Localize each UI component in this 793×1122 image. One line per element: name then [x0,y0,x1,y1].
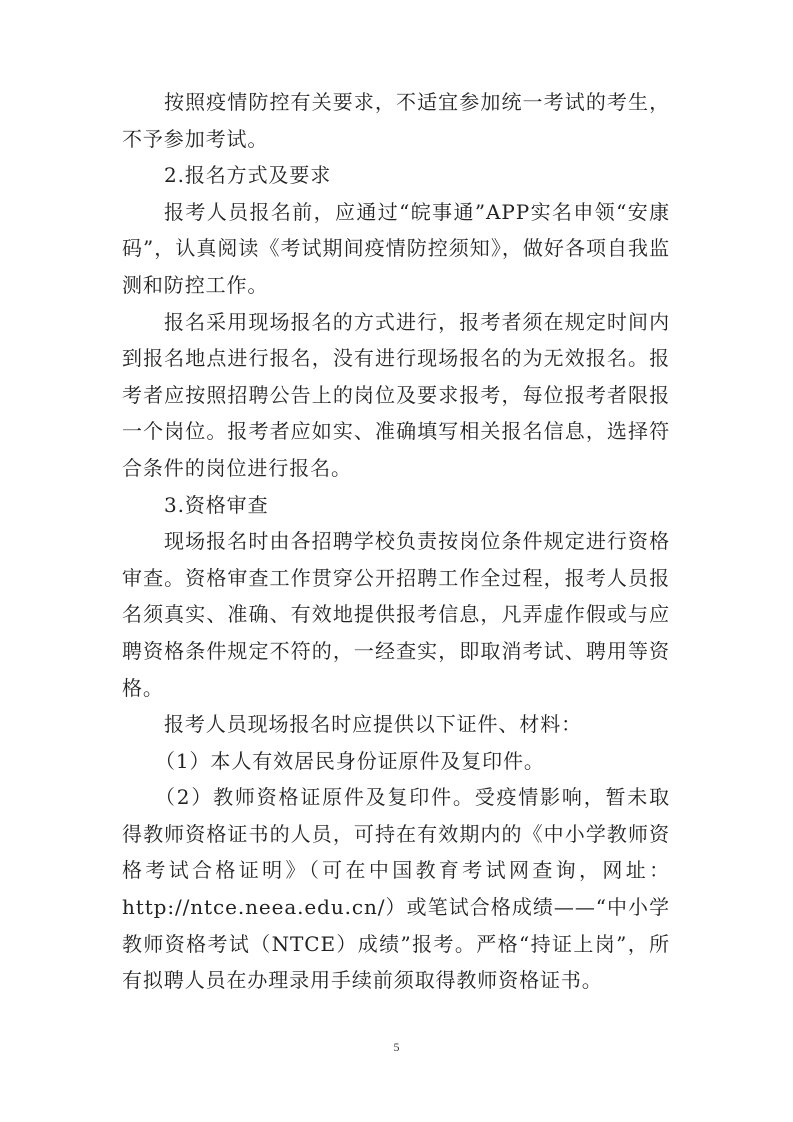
document-page: 按照疫情防控有关要求，不适宜参加统一考试的考生，不予参加考试。 2.报名方式及要… [122,84,670,999]
heading-qualification-review: 3.资格审查 [122,487,670,524]
paragraph-epidemic-requirement: 按照疫情防控有关要求，不适宜参加统一考试的考生，不予参加考试。 [122,84,670,157]
list-item-teacher-certificate: （2）教师资格证原件及复印件。受疫情影响，暂未取得教师资格证书的人员，可持在有效… [122,779,670,999]
paragraph-required-materials: 报考人员现场报名时应提供以下证件、材料： [122,706,670,743]
paragraph-onsite-registration: 报名采用现场报名的方式进行，报考者须在规定时间内到报名地点进行报名，没有进行现场… [122,304,670,487]
heading-registration-method: 2.报名方式及要求 [122,157,670,194]
paragraph-ankang-code: 报考人员报名前，应通过“皖事通”APP实名申领“安康码”，认真阅读《考试期间疫情… [122,194,670,304]
paragraph-qualification-review: 现场报名时由各招聘学校负责按岗位条件规定进行资格审查。资格审查工作贯穿公开招聘工… [122,523,670,706]
page-number: 5 [0,1040,793,1055]
list-item-id-card: （1）本人有效居民身份证原件及复印件。 [122,743,670,780]
